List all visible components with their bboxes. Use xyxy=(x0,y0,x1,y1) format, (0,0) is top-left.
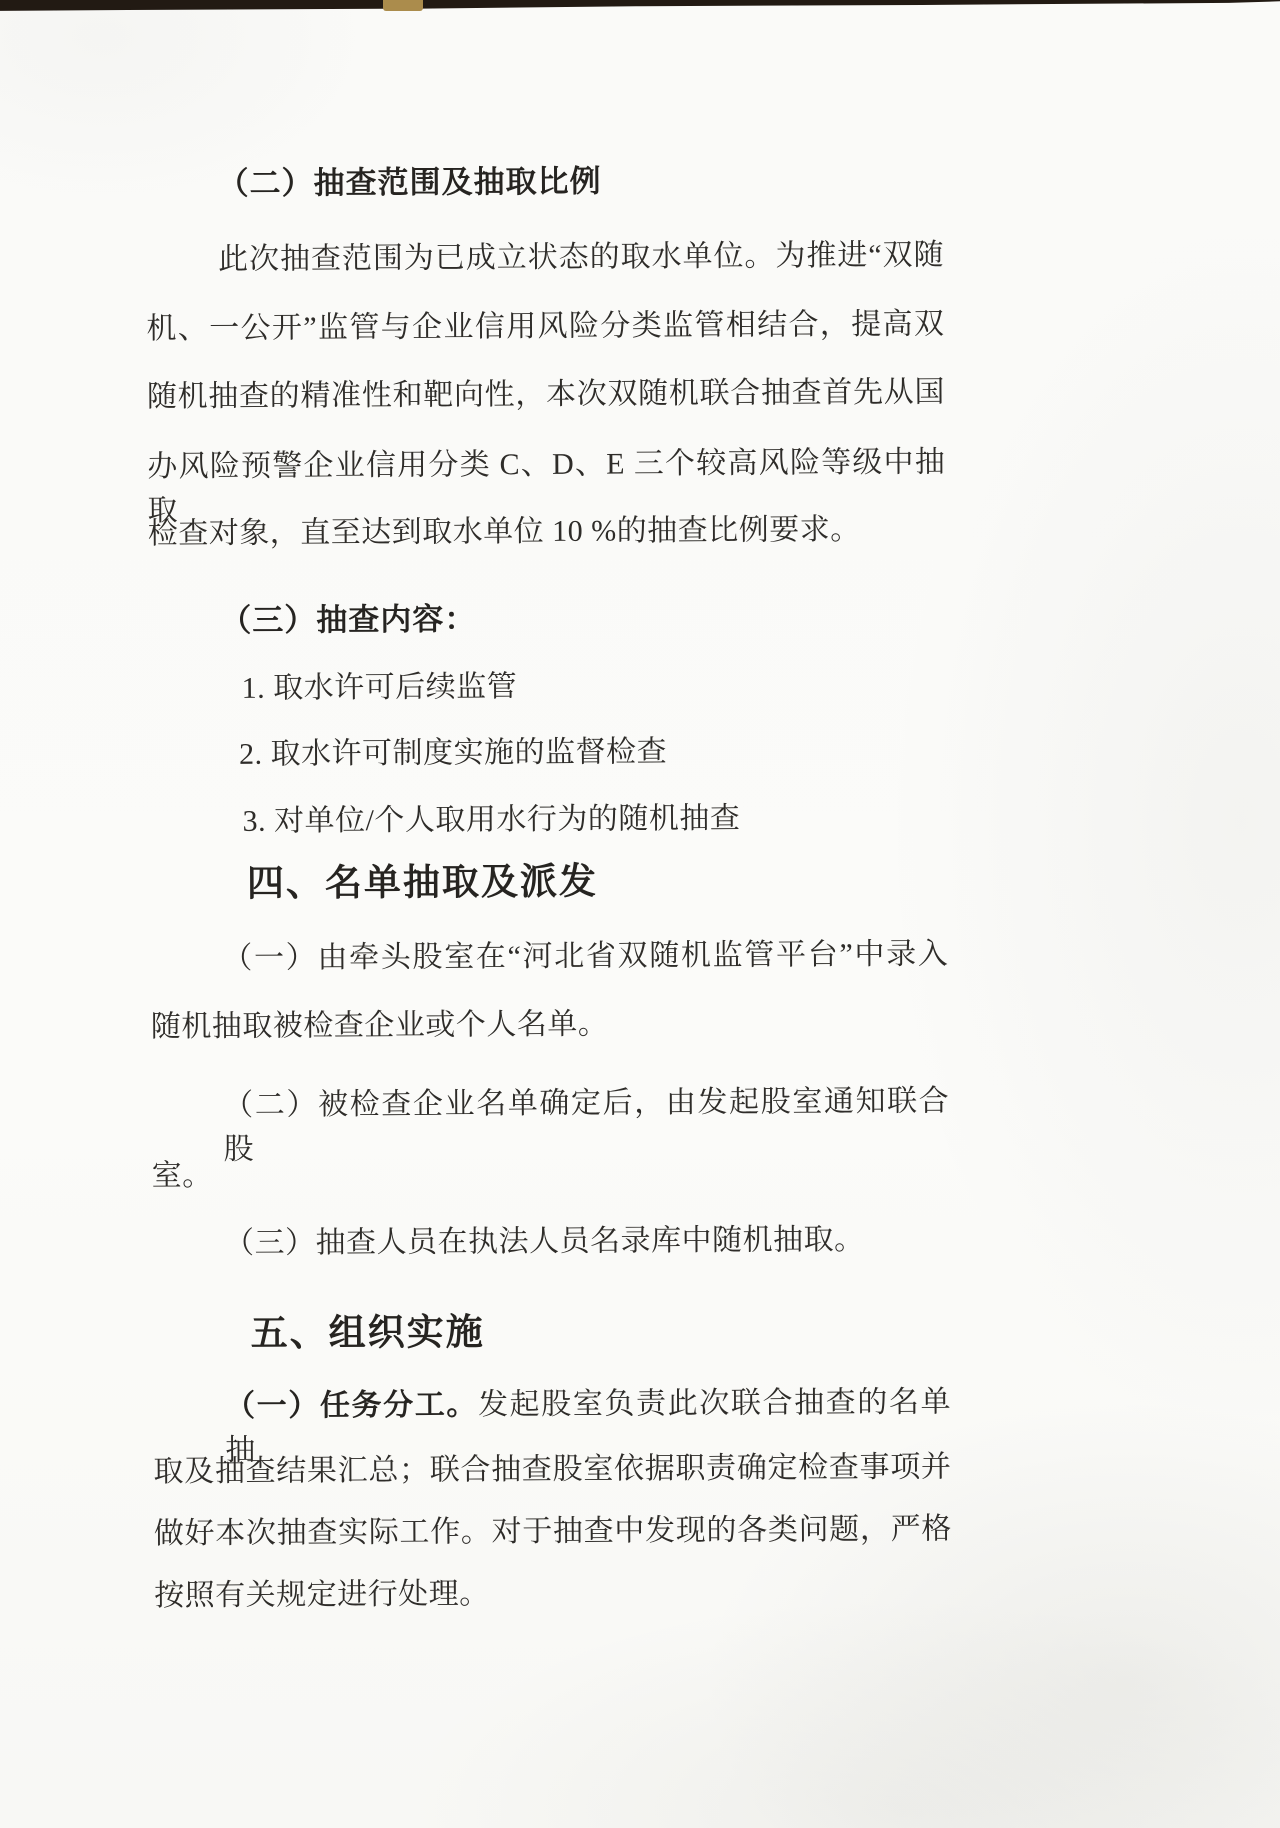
body-line: 室。 xyxy=(152,1154,213,1198)
list-item: 2. 取水许可制度实施的监督检查 xyxy=(239,730,667,777)
body-line: 此次抽查范围为已成立状态的取水单位。为推进“双随 xyxy=(218,234,944,282)
body-line: 检查对象，直至达到取水单位 10 %的抽查比例要求。 xyxy=(148,508,861,556)
section-heading-implementation: 五、组织实施 xyxy=(250,1308,484,1359)
body-line: （一）任务分工。发起股室负责此次联合抽查的名单抽 xyxy=(225,1380,951,1428)
list-item: 3. 对单位/个人取用水行为的随机抽查 xyxy=(242,797,740,844)
body-line: （一）由牵头股室在“河北省双随机监管平台”中录入 xyxy=(222,933,948,981)
list-item: 1. 取水许可后续监管 xyxy=(242,665,518,711)
body-line: 办风险预警企业信用分类 C、D、E 三个较高风险等级中抽取 xyxy=(147,441,945,490)
body-line: 机、一公开”监管与企业信用风险分类监管相结合，提高双 xyxy=(146,303,944,352)
body-line: 取及抽查结果汇总；联合抽查股室依据职责确定检查事项并 xyxy=(153,1445,951,1494)
body-line: 随机抽取被检查企业或个人名单。 xyxy=(151,1003,609,1050)
body-line: 做好本次抽查实际工作。对于抽查中发现的各类问题，严格 xyxy=(154,1507,952,1556)
paragraph-lead-bold: （一）任务分工。 xyxy=(225,1388,478,1423)
body-line: （三）抽查人员在执法人员名录库中随机抽取。 xyxy=(224,1218,865,1266)
document-body: （二）抽查范围及抽取比例 此次抽查范围为已成立状态的取水单位。为推进“双随 机、… xyxy=(0,0,1280,1828)
scanned-page: （二）抽查范围及抽取比例 此次抽查范围为已成立状态的取水单位。为推进“双随 机、… xyxy=(0,0,1280,1828)
section-heading-list-extraction: 四、名单抽取及派发 xyxy=(247,858,598,910)
section-heading-sampling-content: （三）抽查内容： xyxy=(220,597,476,643)
body-line: 按照有关规定进行处理。 xyxy=(154,1572,490,1618)
body-line: 随机抽查的精准性和靶向性，本次双随机联合抽查首先从国 xyxy=(147,371,945,420)
body-line: （二）被检查企业名单确定后，由发起股室通知联合股 xyxy=(223,1080,949,1128)
section-heading-sampling-scope: （二）抽查范围及抽取比例 xyxy=(217,160,601,206)
